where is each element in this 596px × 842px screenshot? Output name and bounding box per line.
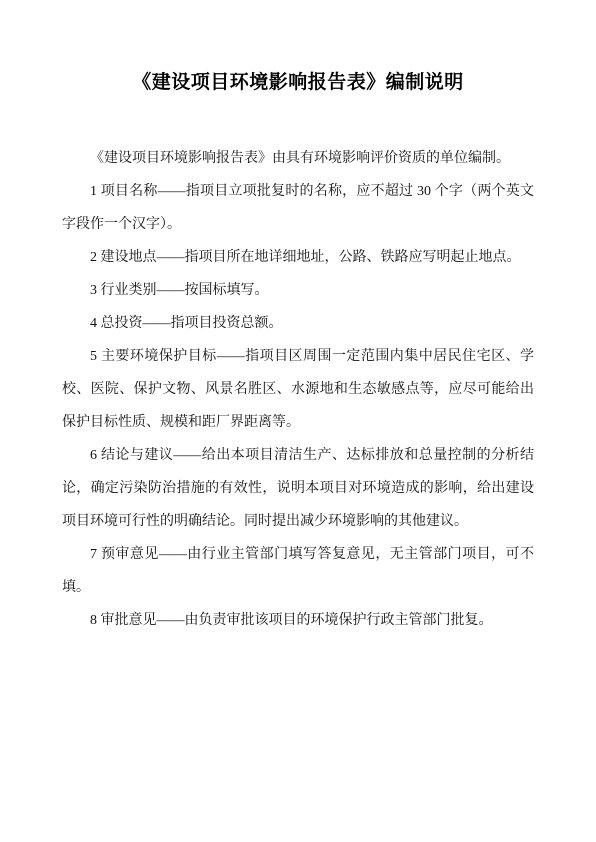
paragraph-item-4-total-investment: 4 总投资——指项目投资总额。 (62, 307, 534, 340)
paragraph-item-2-construction-site: 2 建设地点——指项目所在地详细地址，公路、铁路应写明起止地点。 (62, 241, 534, 274)
paragraph-item-8-approval-opinion: 8 审批意见——由负责审批该项目的环境保护行政主管部门批复。 (62, 604, 534, 637)
document-page: 《建设项目环境影响报告表》编制说明 《建设项目环境影响报告表》由具有环境影响评价… (0, 0, 596, 842)
paragraph-item-6-conclusions-suggestions: 6 结论与建议——给出本项目清洁生产、达标排放和总量控制的分析结论，确定污染防治… (62, 439, 534, 538)
paragraph-item-7-preliminary-review-opinion: 7 预审意见——由行业主管部门填写答复意见，无主管部门项目，可不填。 (62, 538, 534, 604)
document-body: 《建设项目环境影响报告表》由具有环境影响评价资质的单位编制。 1 项目名称——指… (0, 142, 596, 637)
paragraph-item-5-protection-targets: 5 主要环境保护目标——指项目区周围一定范围内集中居民住宅区、学校、医院、保护文… (62, 340, 534, 439)
paragraph-item-3-industry-category: 3 行业类别——按国标填写。 (62, 274, 534, 307)
document-title: 《建设项目环境影响报告表》编制说明 (0, 70, 596, 96)
paragraph-intro: 《建设项目环境影响报告表》由具有环境影响评价资质的单位编制。 (62, 142, 534, 175)
paragraph-item-1-project-name: 1 项目名称——指项目立项批复时的名称，应不超过 30 个字（两个英文字段作一个… (62, 175, 534, 241)
